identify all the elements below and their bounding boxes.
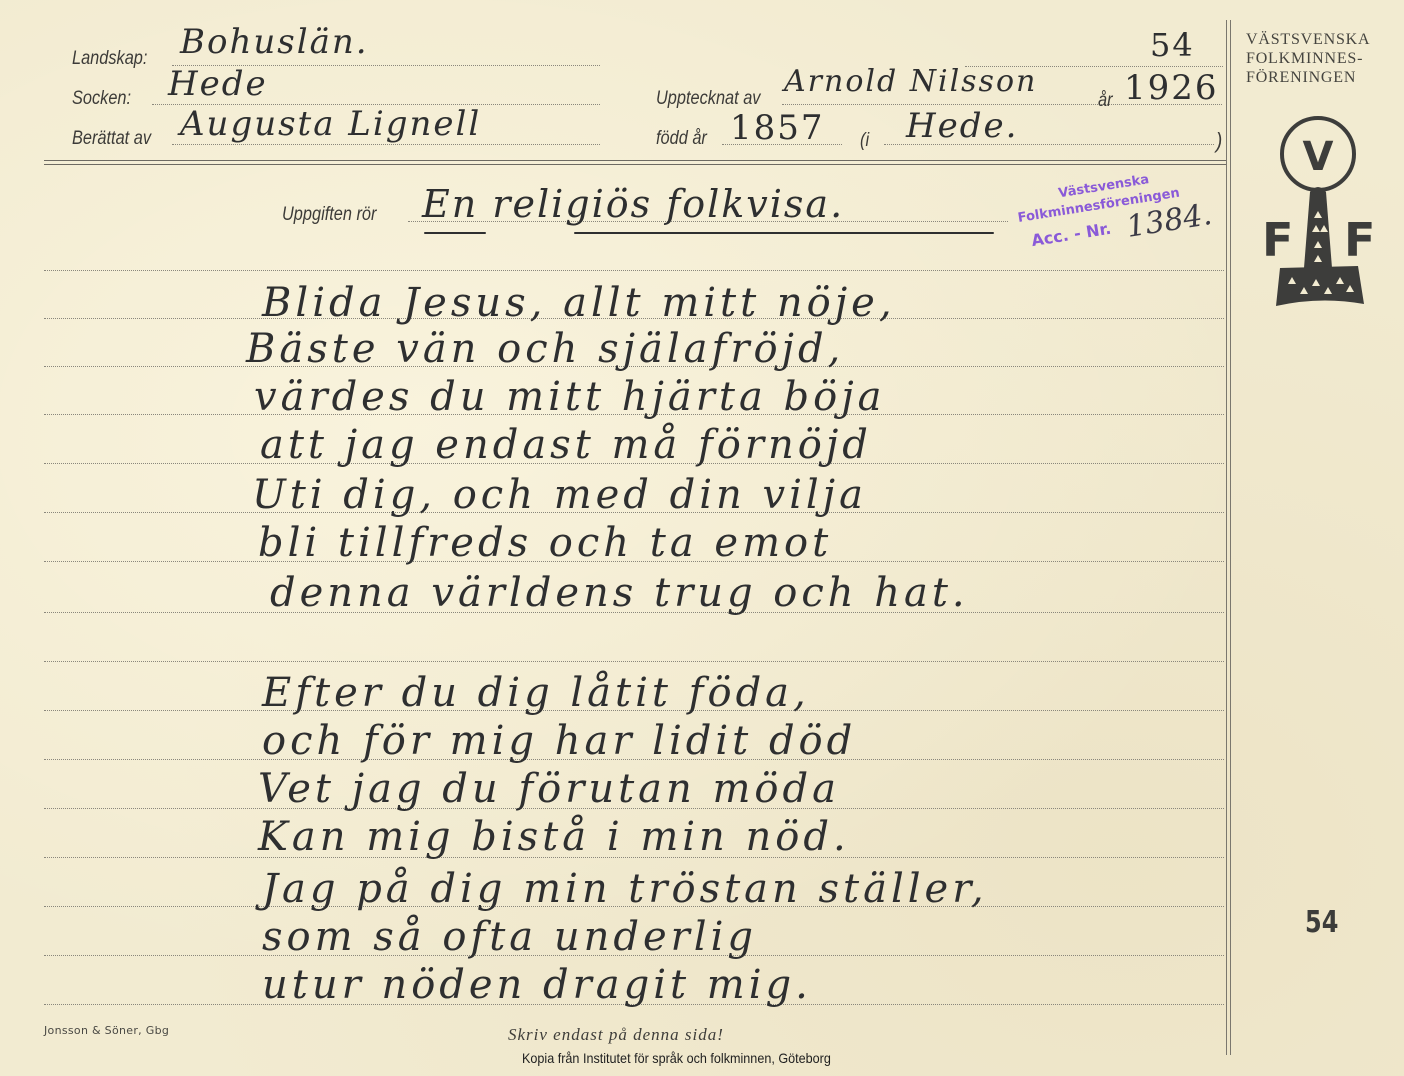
logo-letter-f-right: F [1344, 213, 1375, 267]
verse-2-line-4: Kan mig bistå i min nöd. [258, 814, 850, 860]
verse-1-line-4: att jag endast må förnöjd [260, 422, 872, 468]
margin-border-line [1230, 20, 1231, 1055]
header-divider [44, 160, 1226, 161]
organization-name: VÄSTSVENSKA FOLKMINNES- FÖRENINGEN [1246, 30, 1396, 87]
verse-2-line-5: Jag på dig min tröstan ställer, [262, 866, 988, 912]
field-line [172, 144, 600, 145]
verse-1-line-6: bli tillfreds och ta emot [258, 520, 832, 566]
value-berattat-av: Augusta Lignell [180, 104, 481, 144]
value-subject: En religiös folkvisa. [422, 182, 844, 226]
verse-2-line-3: Vet jag du förutan möda [258, 766, 840, 812]
label-berattat-av: Berättat av [72, 128, 151, 150]
value-landskap: Bohuslän. [180, 22, 369, 62]
verse-1-line-5: Uti dig, och med din vilja [252, 472, 867, 518]
value-birth-year: 1857 [730, 108, 825, 148]
accession-stamp: Västsvenska Folkminnesföreningen Acc. - … [1010, 163, 1220, 273]
page-number-handwritten: 54 [1150, 26, 1195, 64]
verse-2-line-6: som så ofta underlig [262, 914, 757, 960]
label-upptecknat-av: Upptecknat av [656, 88, 760, 110]
ruled-line [44, 661, 1224, 662]
verse-2-line-2: och för mig har lidit död [262, 718, 856, 764]
value-year: 1926 [1124, 68, 1219, 108]
subject-underline [574, 232, 994, 234]
verse-1-line-2: Bäste vän och själafröjd, [246, 326, 844, 372]
label-landskap: Landskap: [72, 48, 147, 70]
org-name-line-3: FÖRENINGEN [1246, 68, 1396, 87]
label-i: (i [860, 130, 869, 152]
archive-card: Landskap: Bohuslän. 54 Socken: Hede Uppt… [0, 0, 1404, 1076]
value-birth-place: Hede. [906, 106, 1018, 146]
printer-imprint: Jonsson & Söner, Gbg [44, 1024, 169, 1037]
verse-1-line-3: värdes du mitt hjärta böja [254, 374, 885, 420]
logo-letter-v: V [1303, 134, 1334, 180]
verse-2-line-1: Efter du dig låtit föda, [262, 670, 810, 716]
instruction-text: Skriv endast på denna sida! [508, 1025, 724, 1045]
subject-underline [424, 232, 486, 234]
label-uppgiften-ror: Uppgiften rör [282, 204, 376, 226]
header-divider [44, 164, 1226, 165]
side-page-number: 54 [1305, 905, 1338, 940]
verse-1-line-1: Blida Jesus, allt mitt nöje, [262, 280, 896, 326]
copy-notice: Kopia från Institutet för språk och folk… [522, 1050, 831, 1066]
label-close-paren: ) [1216, 128, 1222, 154]
margin-border-line [1226, 20, 1227, 1055]
stamp-line-3: Acc. - Nr. [1030, 219, 1112, 250]
label-ar: år [1098, 90, 1113, 112]
org-name-line-2: FOLKMINNES- [1246, 49, 1396, 68]
logo-letter-f-left: F [1262, 213, 1293, 267]
thors-hammer-emblem-icon: V F F [1240, 108, 1390, 328]
ruled-line [44, 270, 1224, 271]
label-socken: Socken: [72, 88, 131, 110]
value-upptecknat-av: Arnold Nilsson [784, 64, 1037, 99]
verse-1-line-7: denna världens trug och hat. [270, 570, 969, 616]
label-fodd-ar: född år [656, 128, 707, 150]
org-name-line-1: VÄSTSVENSKA [1246, 30, 1396, 49]
verse-2-line-7: utur nöden dragit mig. [262, 962, 812, 1008]
value-socken: Hede [168, 64, 268, 104]
